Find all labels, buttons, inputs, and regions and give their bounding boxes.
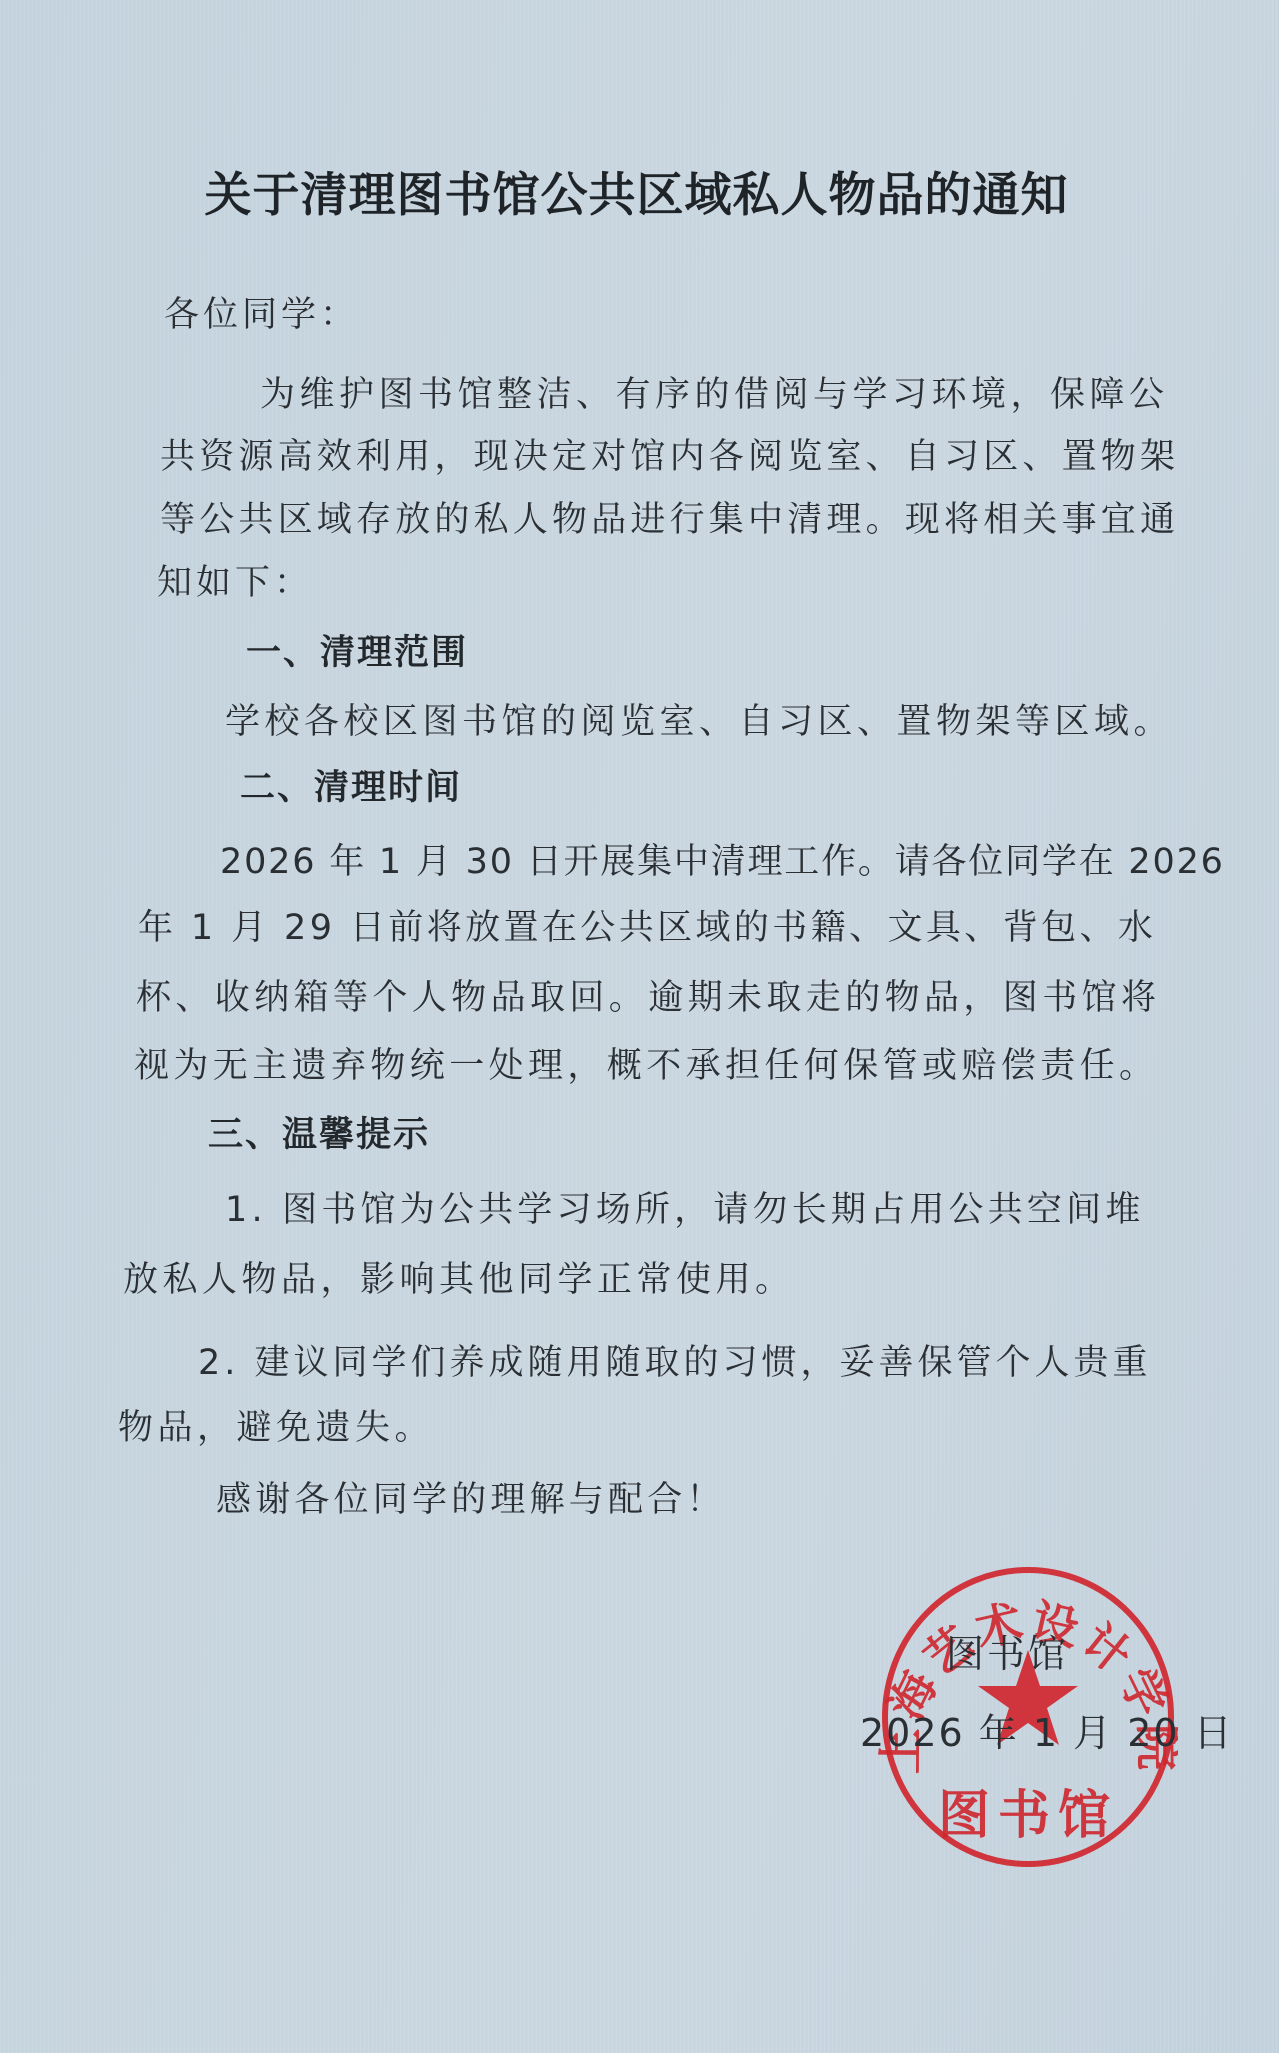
section-line: 视为无主遗弃物统一处理，概不承担任何保管或赔偿责任。 xyxy=(134,1046,1158,1086)
closing-remark: 感谢各位同学的理解与配合！ xyxy=(216,1480,726,1520)
tip-line: 放私人物品，影响其他同学正常使用。 xyxy=(123,1260,795,1300)
section-heading: 二、清理时间 xyxy=(240,768,462,808)
intro-line: 知如下： xyxy=(157,563,313,603)
tip-line: 2. 建议同学们养成随用随取的习惯，妥善保管个人贵重 xyxy=(198,1343,1152,1383)
section-line: 年 1 月 29 日前将放置在公共区域的书籍、文具、背包、水 xyxy=(138,908,1156,948)
section-heading: 三、温馨提示 xyxy=(208,1115,430,1155)
section-heading: 一、清理范围 xyxy=(246,633,468,673)
section-line: 2026 年 1 月 30 日开展集中清理工作。请各位同学在 2026 xyxy=(220,842,1225,882)
seal-center-text: 图书馆 xyxy=(938,1785,1118,1846)
salutation: 各位同学： xyxy=(164,295,359,335)
tip-line: 物品，避免遗失。 xyxy=(118,1408,434,1448)
document-title: 关于清理图书馆公共区域私人物品的通知 xyxy=(0,158,1276,225)
intro-line: 共资源高效利用，现决定对馆内各阅览室、自习区、置物架 xyxy=(160,437,1179,477)
section-line: 杯、收纳箱等个人物品取回。逾期未取走的物品，图书馆将 xyxy=(136,978,1160,1018)
section-line: 学校各校区图书馆的阅览室、自习区、置物架等区域。 xyxy=(225,702,1173,742)
signature-issuer: 图书馆 xyxy=(946,1633,1069,1675)
intro-line: 等公共区域存放的私人物品进行集中清理。现将相关事宜通 xyxy=(160,500,1179,540)
signature-date: 2026 年 1 月 20 日 xyxy=(860,1712,1234,1754)
intro-line: 为维护图书馆整洁、有序的借阅与学习环境，保障公 xyxy=(260,375,1169,415)
tip-line: 1. 图书馆为公共学习场所，请勿长期占用公共空间堆 xyxy=(225,1190,1145,1230)
